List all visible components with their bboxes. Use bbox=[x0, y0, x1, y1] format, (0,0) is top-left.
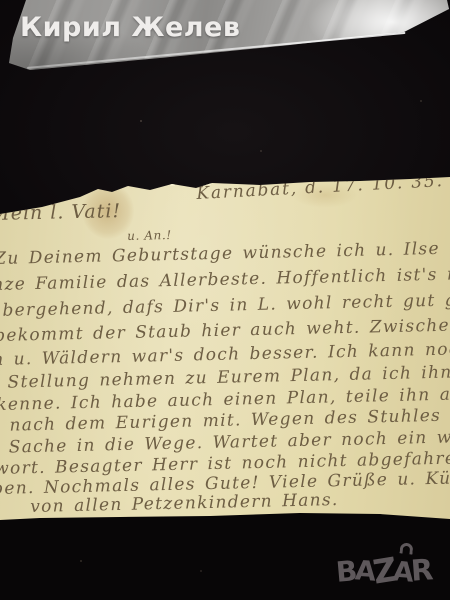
dust-specks bbox=[140, 120, 142, 122]
letter-line: nze Familie das Allerbeste. Hoffentlich … bbox=[0, 264, 450, 295]
letter-line: Zu Deinem Geburtstage wünsche ich u. Ils… bbox=[0, 239, 440, 269]
letter-insertion: u. An.! bbox=[127, 228, 172, 243]
postcard-paper: Karnabat, d. 17. 10. 35. Mein l. Vati! u… bbox=[0, 0, 450, 600]
bazar-watermark: BAZAR bbox=[336, 550, 433, 589]
shopping-bag-handle-icon bbox=[399, 542, 413, 554]
watermark-letter: R bbox=[410, 552, 435, 587]
seller-name-overlay: Кирил Желев bbox=[20, 12, 240, 43]
photo-background: Кирил Желев Karnabat, d. 17. 10. 35. Mei… bbox=[0, 0, 450, 600]
torn-edge-perforation bbox=[98, 181, 218, 188]
letter-salutation: Mein l. Vati! bbox=[0, 200, 121, 225]
